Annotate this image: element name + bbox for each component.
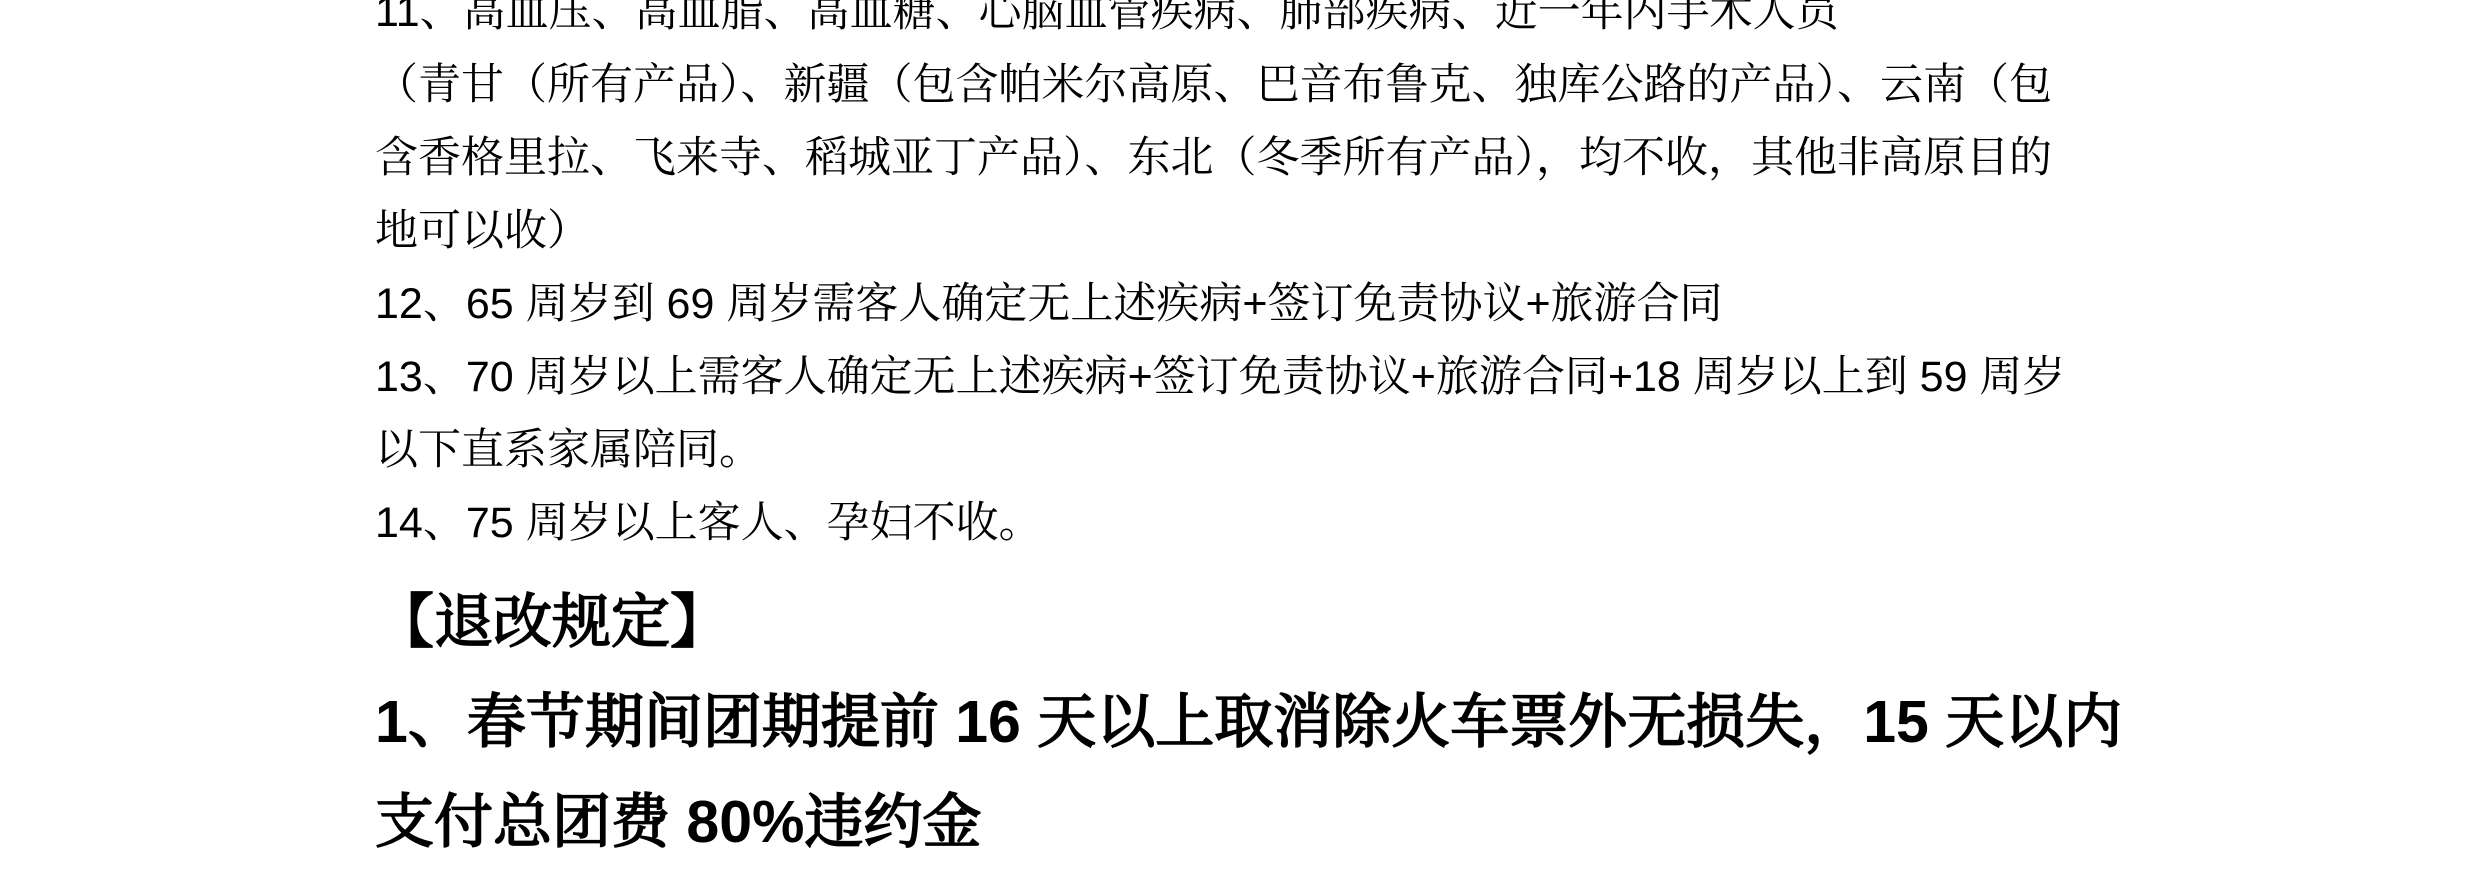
document-body: 11、高血压、高血脂、高血糖、心脑血管疾病、肺部疾病、近一年内手术人员 （青甘（… xyxy=(375,0,2135,872)
booking-restrictions-block: 11、高血压、高血脂、高血糖、心脑血管疾病、肺部疾病、近一年内手术人员 （青甘（… xyxy=(375,0,2135,560)
refund-clause-1-line-2: 支付总团费 80%违约金 xyxy=(375,772,2135,872)
document-page: 11、高血压、高血脂、高血糖、心脑血管疾病、肺部疾病、近一年内手术人员 （青甘（… xyxy=(0,0,2481,877)
clause-14-line-1: 14、75 周岁以上客人、孕妇不收。 xyxy=(375,487,2135,560)
clause-11-line-4: 地可以收） xyxy=(375,195,2135,268)
clause-11-line-1: 11、高血压、高血脂、高血糖、心脑血管疾病、肺部疾病、近一年内手术人员 xyxy=(375,0,2135,49)
clause-12-line-1: 12、65 周岁到 69 周岁需客人确定无上述疾病+签订免责协议+旅游合同 xyxy=(375,268,2135,341)
refund-policy-section: 【退改规定】 1、春节期间团期提前 16 天以上取消除火车票外无损失，15 天以… xyxy=(375,572,2135,872)
clause-13-line-1: 13、70 周岁以上需客人确定无上述疾病+签订免责协议+旅游合同+18 周岁以上… xyxy=(375,341,2135,414)
clause-11-line-3: 含香格里拉、飞来寺、稻城亚丁产品）、东北（冬季所有产品），均不收，其他非高原目的 xyxy=(375,122,2135,195)
refund-policy-heading: 【退改规定】 xyxy=(375,572,2135,672)
refund-clause-1-line-1: 1、春节期间团期提前 16 天以上取消除火车票外无损失，15 天以内 xyxy=(375,672,2135,772)
clause-11-line-2: （青甘（所有产品）、新疆（包含帕米尔高原、巴音布鲁克、独库公路的产品）、云南（包 xyxy=(375,49,2135,122)
clause-13-line-2: 以下直系家属陪同。 xyxy=(375,414,2135,487)
